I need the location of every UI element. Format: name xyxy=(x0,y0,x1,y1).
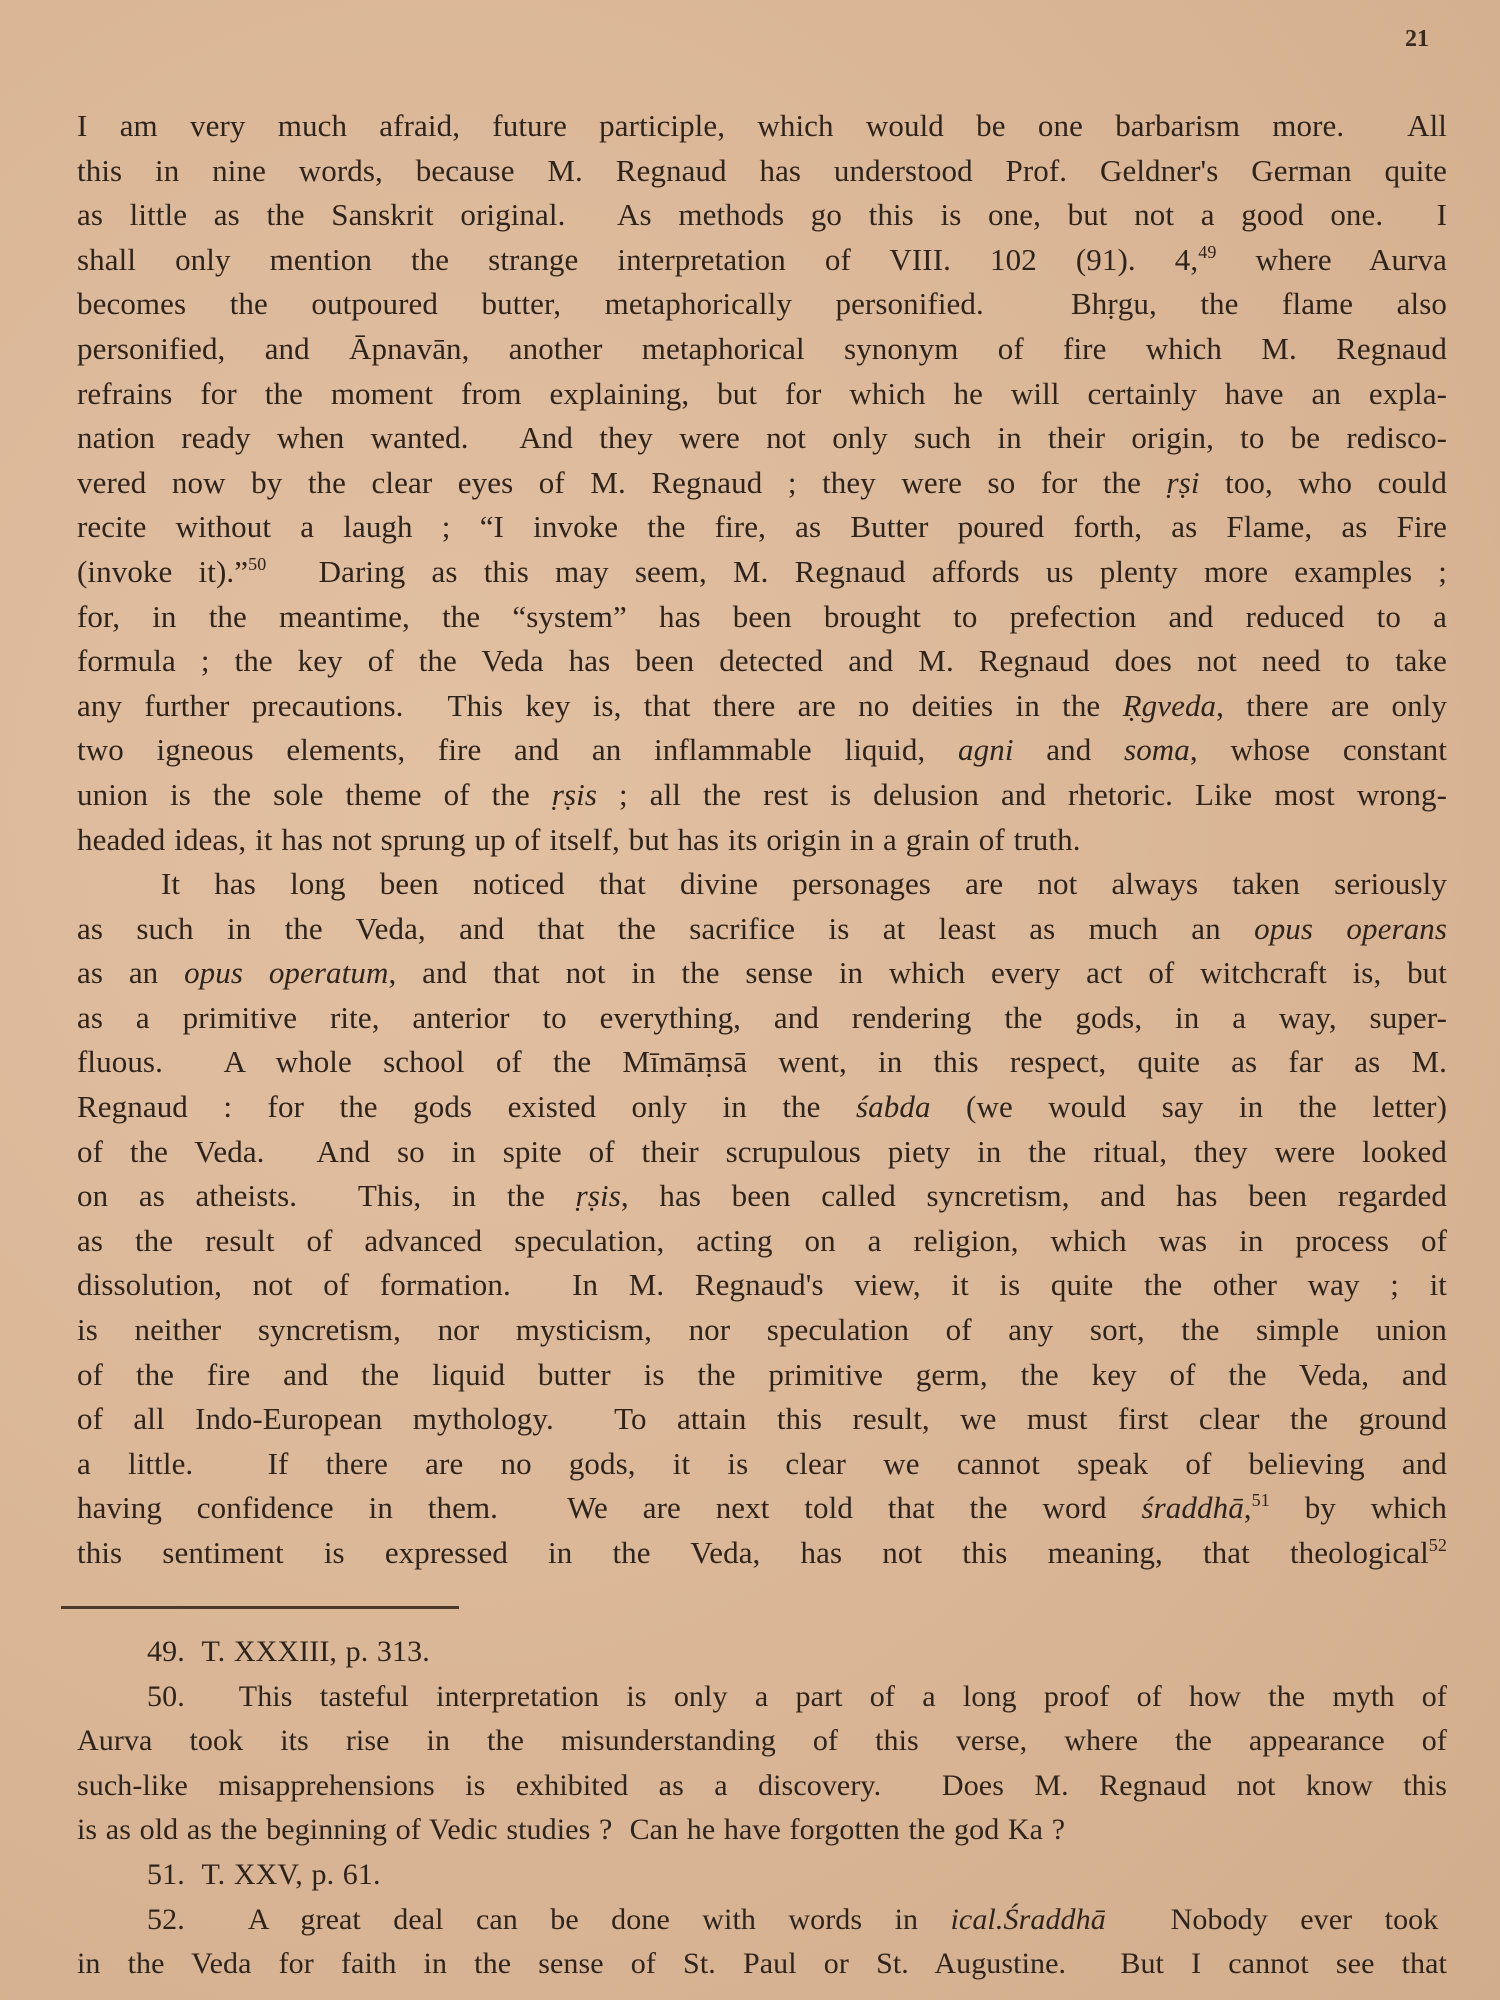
body-line: this sentiment is expressed in the Veda,… xyxy=(77,1531,1447,1576)
body-line: two igneous elements, fire and an inflam… xyxy=(77,728,1447,773)
body-line: of the Veda. And so in spite of their sc… xyxy=(77,1130,1447,1175)
body-line: union is the sole theme of the ṛṣis ; al… xyxy=(77,773,1447,818)
text-run: is neither syncretism, nor mysticism, no… xyxy=(77,1312,1447,1347)
page-number: 21 xyxy=(1405,26,1429,53)
text-run: in the Veda for faith in the sense of St… xyxy=(77,1947,1447,1980)
italic-term: ṛṣi xyxy=(1167,465,1200,500)
text-run: refrains for the moment from explaining,… xyxy=(77,376,1447,411)
italic-term: ical. xyxy=(950,1903,1003,1936)
footnote-line: 50. This tasteful interpretation is only… xyxy=(77,1675,1447,1720)
text-run: union is the sole theme of the xyxy=(77,777,552,812)
footnote-line: 49. T. XXXIII, p. 313. xyxy=(77,1630,1447,1675)
body-line: as little as the Sanskrit original. As m… xyxy=(77,193,1447,238)
footnote-divider xyxy=(61,1606,459,1609)
text-run: where Aurva xyxy=(1216,242,1447,277)
text-run: having confidence in them. We are next t… xyxy=(77,1490,1141,1525)
footnote-line: in the Veda for faith in the sense of St… xyxy=(77,1942,1447,1987)
text-run: a little. If there are no gods, it is cl… xyxy=(77,1446,1447,1481)
text-run: It has long been noticed that divine per… xyxy=(161,866,1447,901)
text-run: ; all the rest is delusion and rhetoric.… xyxy=(597,777,1447,812)
text-run: , and that not in the sense in which eve… xyxy=(388,955,1447,990)
footnote-line: is as old as the beginning of Vedic stud… xyxy=(77,1808,1447,1853)
italic-term: Śraddhā xyxy=(1003,1903,1105,1936)
footnote-line: 52. A great deal can be done with words … xyxy=(77,1898,1447,1943)
body-line: a little. If there are no gods, it is cl… xyxy=(77,1442,1447,1487)
text-run: shall only mention the strange interpret… xyxy=(77,242,1198,277)
text-run: nation ready when wanted. And they were … xyxy=(77,420,1447,455)
body-line: vered now by the clear eyes of M. Regnau… xyxy=(77,461,1447,506)
body-text: I am very much afraid, future participle… xyxy=(77,104,1447,1576)
footnote-ref: 51 xyxy=(1252,1490,1270,1510)
body-line: Regnaud : for the gods existed only in t… xyxy=(77,1085,1447,1130)
body-line: formula ; the key of the Veda has been d… xyxy=(77,639,1447,684)
body-line: is neither syncretism, nor mysticism, no… xyxy=(77,1308,1447,1353)
text-run: two igneous elements, fire and an inflam… xyxy=(77,732,958,767)
text-run: too, who could xyxy=(1200,465,1447,500)
body-line: headed ideas, it has not sprung up of it… xyxy=(77,818,1447,863)
body-line: dissolution, not of formation. In M. Reg… xyxy=(77,1263,1447,1308)
text-run: fluous. A whole school of the Mīmāṃsā we… xyxy=(77,1044,1447,1079)
text-run: such-like misapprehensions is exhibited … xyxy=(77,1769,1447,1802)
body-line: shall only mention the strange interpret… xyxy=(77,238,1447,283)
body-line: having confidence in them. We are next t… xyxy=(77,1486,1447,1531)
text-run: of the Veda. And so in spite of their sc… xyxy=(77,1134,1447,1169)
body-line: of the fire and the liquid butter is the… xyxy=(77,1353,1447,1398)
text-run: (invoke it).” xyxy=(77,554,248,589)
text-run: as such in the Veda, and that the sacrif… xyxy=(77,911,1254,946)
text-run: of the fire and the liquid butter is the… xyxy=(77,1357,1447,1392)
footnotes: 49. T. XXXIII, p. 313.50. This tasteful … xyxy=(77,1630,1447,1987)
text-run: 52. A great deal can be done with words … xyxy=(147,1903,950,1936)
text-run: as a primitive rite, anterior to everyth… xyxy=(77,1000,1447,1035)
text-run: any further precautions. This key is, th… xyxy=(77,688,1123,723)
body-line: recite without a laugh ; “I invoke the f… xyxy=(77,505,1447,550)
body-line: becomes the outpoured butter, metaphoric… xyxy=(77,282,1447,327)
text-run: 49. T. XXXIII, p. 313. xyxy=(147,1635,430,1668)
text-run: , there are only xyxy=(1216,688,1447,723)
text-run: is as old as the beginning of Vedic stud… xyxy=(77,1813,1065,1846)
text-run: of all Indo-European mythology. To attai… xyxy=(77,1401,1447,1436)
body-line: any further precautions. This key is, th… xyxy=(77,684,1447,729)
footnote-line: Aurva took its rise in the misunderstand… xyxy=(77,1719,1447,1764)
body-line: (invoke it).”50 Daring as this may seem,… xyxy=(77,550,1447,595)
body-line: on as atheists. This, in the ṛṣis, has b… xyxy=(77,1174,1447,1219)
text-run: for, in the meantime, the “system” has b… xyxy=(77,599,1447,634)
text-run: 51. T. XXV, p. 61. xyxy=(147,1858,381,1891)
body-line: this in nine words, because M. Regnaud h… xyxy=(77,149,1447,194)
text-run: recite without a laugh ; “I invoke the f… xyxy=(77,509,1447,544)
text-run: Aurva took its rise in the misunderstand… xyxy=(77,1724,1447,1757)
text-run: as the result of advanced speculation, a… xyxy=(77,1223,1447,1258)
text-run: becomes the outpoured butter, metaphoric… xyxy=(77,286,1447,321)
text-run: Regnaud : for the gods existed only in t… xyxy=(77,1089,856,1124)
footnote-line: 51. T. XXV, p. 61. xyxy=(77,1853,1447,1898)
italic-term: śabda xyxy=(856,1089,931,1124)
italic-term: Ṛgveda xyxy=(1123,688,1217,723)
italic-term: agni xyxy=(958,732,1014,767)
text-run: as an xyxy=(77,955,184,990)
text-run: dissolution, not of formation. In M. Reg… xyxy=(77,1267,1447,1302)
text-run: I am very much afraid, future participle… xyxy=(77,108,1447,143)
text-run: vered now by the clear eyes of M. Regnau… xyxy=(77,465,1167,500)
body-line: refrains for the moment from explaining,… xyxy=(77,372,1447,417)
text-run: on as atheists. This, in the xyxy=(77,1178,576,1213)
text-run: by which xyxy=(1270,1490,1447,1525)
body-line: as a primitive rite, anterior to everyth… xyxy=(77,996,1447,1041)
text-run: Daring as this may seem, M. Regnaud affo… xyxy=(266,554,1447,589)
body-line: fluous. A whole school of the Mīmāṃsā we… xyxy=(77,1040,1447,1085)
italic-term: ṛṣis xyxy=(576,1178,621,1213)
text-run: this in nine words, because M. Regnaud h… xyxy=(77,153,1447,188)
body-line: I am very much afraid, future participle… xyxy=(77,104,1447,149)
text-run: personified, and Āpnavān, another metaph… xyxy=(77,331,1447,366)
text-run: this sentiment is expressed in the Veda,… xyxy=(77,1535,1429,1570)
body-line: nation ready when wanted. And they were … xyxy=(77,416,1447,461)
text-run: 50. This tasteful interpretation is only… xyxy=(147,1680,1447,1713)
text-run: headed ideas, it has not sprung up of it… xyxy=(77,822,1081,857)
text-run: and xyxy=(1014,732,1125,767)
text-run: , xyxy=(1244,1490,1252,1525)
footnote-ref: 50 xyxy=(248,554,266,574)
body-line: of all Indo-European mythology. To attai… xyxy=(77,1397,1447,1442)
body-line: It has long been noticed that divine per… xyxy=(77,862,1447,907)
body-line: as the result of advanced speculation, a… xyxy=(77,1219,1447,1264)
text-run: formula ; the key of the Veda has been d… xyxy=(77,643,1447,678)
footnote-ref: 49 xyxy=(1198,242,1216,262)
italic-term: opus operatum xyxy=(184,955,388,990)
italic-term: soma xyxy=(1124,732,1190,767)
text-run: , whose constant xyxy=(1190,732,1447,767)
body-line: as such in the Veda, and that the sacrif… xyxy=(77,907,1447,952)
body-line: personified, and Āpnavān, another metaph… xyxy=(77,327,1447,372)
text-run: Nobody ever took xyxy=(1106,1903,1447,1936)
footnote-line: such-like misapprehensions is exhibited … xyxy=(77,1764,1447,1809)
italic-term: śraddhā xyxy=(1141,1490,1243,1525)
italic-term: ṛṣis xyxy=(552,777,597,812)
text-run: (we would say in the letter) xyxy=(931,1089,1447,1124)
italic-term: opus operans xyxy=(1254,911,1447,946)
footnote-ref: 52 xyxy=(1429,1535,1447,1555)
body-line: as an opus operatum, and that not in the… xyxy=(77,951,1447,996)
text-run: , has been called syncretism, and has be… xyxy=(621,1178,1447,1213)
text-run: as little as the Sanskrit original. As m… xyxy=(77,197,1447,232)
body-line: for, in the meantime, the “system” has b… xyxy=(77,595,1447,640)
